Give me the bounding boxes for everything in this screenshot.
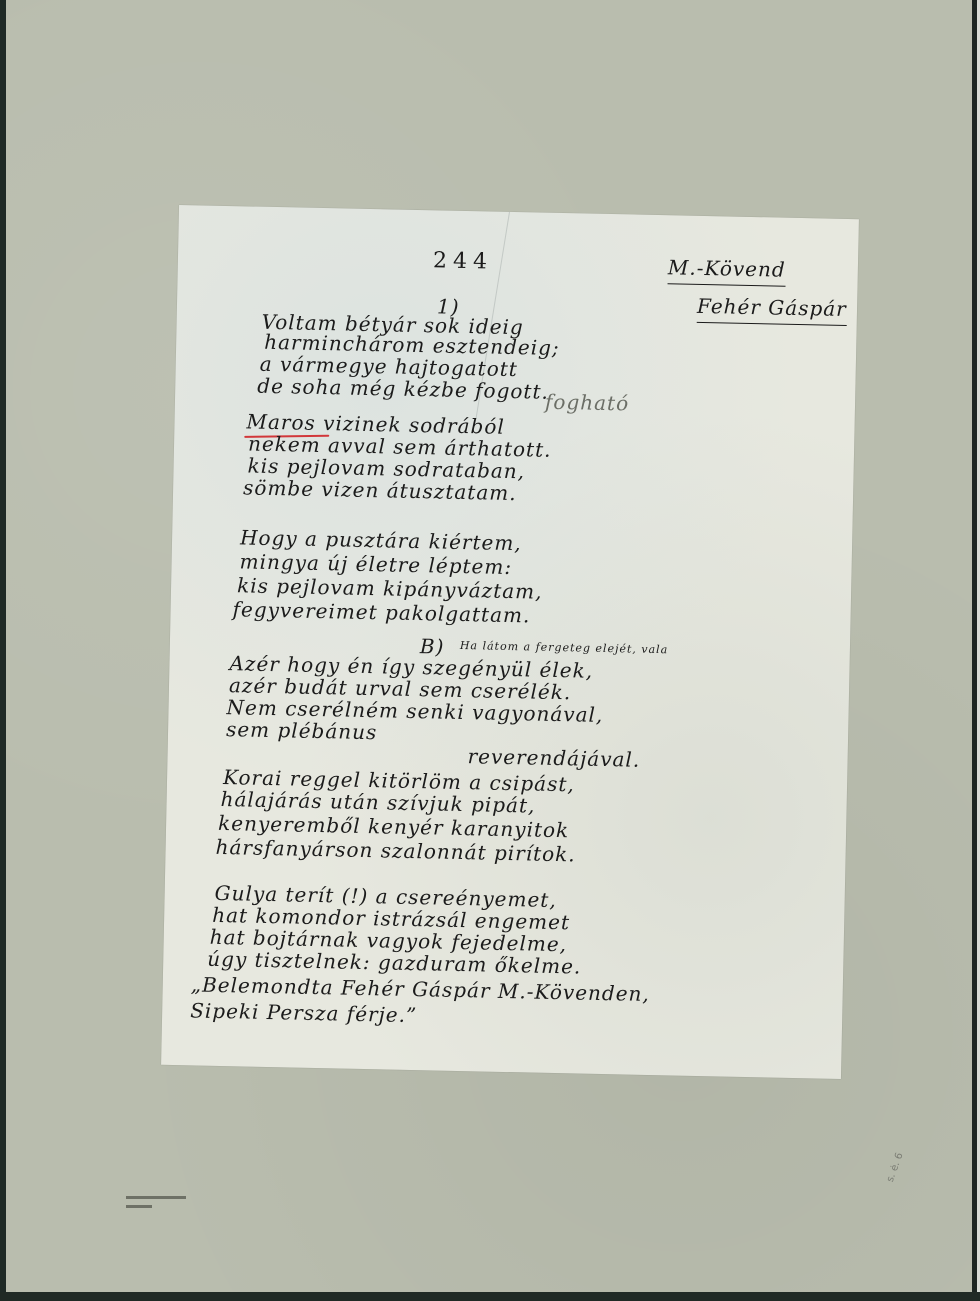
page-number: 244 <box>433 248 494 274</box>
closing-line-2: Sipeki Persza férje.” <box>190 999 417 1026</box>
stanza-5-line-4: hársfanyárson szalonnát pirítok. <box>215 836 576 866</box>
stanza-2-line-4: sömbe vizen átusztatam. <box>243 476 517 504</box>
stanza-4-line-4: sem plébánus <box>226 718 378 743</box>
bottom-edge-shadow <box>0 1292 980 1301</box>
stanza-1-line-4: de soha még kézbe fogott. <box>257 375 549 403</box>
section-b-note: Ha látom a fergeteg elejét, vala <box>460 639 669 656</box>
stanza-4-line-5: reverendájával. <box>467 745 640 771</box>
header-location: M.-Kövend <box>668 255 786 286</box>
ink-marks <box>126 1196 186 1216</box>
stanza-1-pencil-correction: fogható <box>545 391 630 415</box>
header-name: Fehér Gáspár <box>697 294 847 326</box>
manuscript-sheet: 244 M.-Kövend Fehér Gáspár 1) Voltam bét… <box>161 205 859 1079</box>
stanza-3-line-4: fegyvereimet pakolgattam. <box>232 598 530 626</box>
